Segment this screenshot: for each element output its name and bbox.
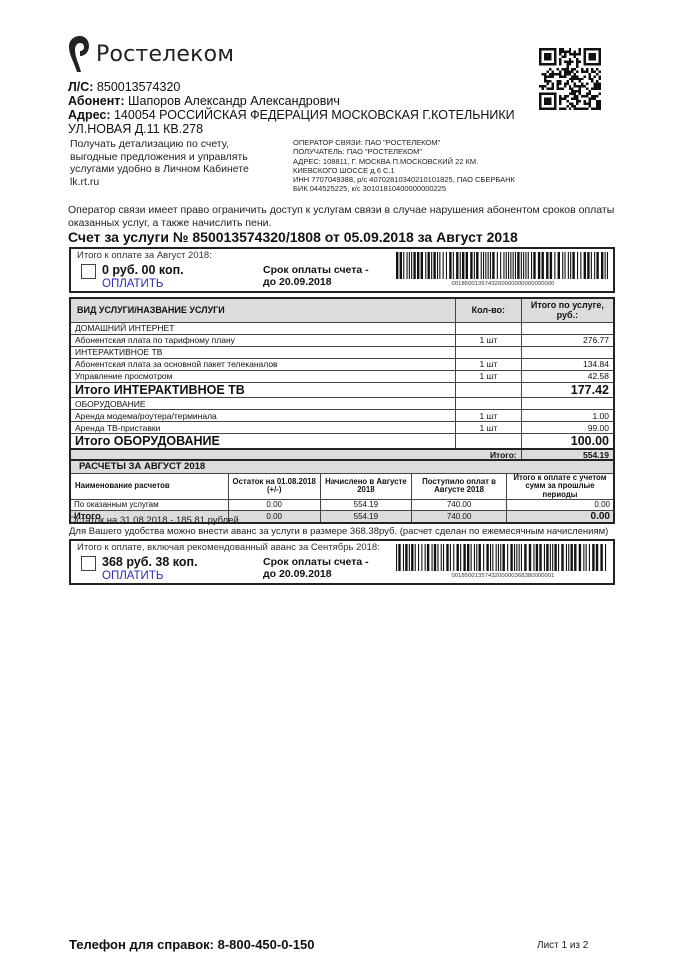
col-calc-name: Наименование расчетов — [70, 473, 228, 500]
service-qty: 1 шт — [455, 334, 521, 346]
bank-account-line: ИНН 7707049388, р/с 40702810340210101825… — [293, 175, 515, 184]
qr-code[interactable] — [539, 44, 601, 114]
payment-amount: 0 руб. 00 коп. — [102, 263, 184, 277]
address-value: 140054 РОССИЙСКАЯ ФЕДЕРАЦИЯ МОСКОВСКАЯ Г… — [114, 108, 515, 122]
restriction-warning: Оператор связи имеет право ограничить до… — [68, 204, 628, 230]
service-name: Итого ОБОРУДОВАНИЕ — [70, 434, 455, 450]
col-paid: Поступило оплат в Августе 2018 — [412, 473, 507, 500]
service-qty — [455, 434, 521, 450]
service-name: ОБОРУДОВАНИЕ — [70, 397, 455, 409]
table-row: Абонентская плата за основной пакет теле… — [70, 358, 614, 370]
payment-checkbox[interactable] — [81, 264, 96, 279]
brand-name: Ростелеком — [96, 42, 234, 67]
service-sum — [521, 397, 614, 409]
table-row: Управление просмотром1 шт42.58 — [70, 370, 614, 382]
service-name: Итого ИНТЕРАКТИВНОЕ ТВ — [70, 382, 455, 397]
table-row: Абонентская плата по тарифному плану1 шт… — [70, 334, 614, 346]
service-qty: 1 шт — [455, 422, 521, 434]
service-qty: 1 шт — [455, 370, 521, 382]
payment-box-august: Итого к оплате за Август 2018: 0 руб. 00… — [69, 247, 615, 293]
services-header-row: ВИД УСЛУГИ/НАЗВАНИЕ УСЛУГИ Кол-во: Итого… — [70, 298, 614, 322]
calc-row-name: По оказанным услугам — [70, 500, 228, 511]
advance-note: Для Вашего удобства можно внести аванс з… — [69, 527, 608, 538]
service-name: ДОМАШНИЙ ИНТЕРНЕТ — [70, 322, 455, 334]
service-name: Управление просмотром — [70, 370, 455, 382]
due-label: Срок оплаты счета - — [263, 556, 369, 568]
service-qty — [455, 397, 521, 409]
calc-row-charged: 554.19 — [320, 500, 412, 511]
payment-label: Итого к оплате, включая рекомендованный … — [77, 542, 380, 553]
subscriber-name: Шапоров Александр Александрович — [128, 94, 340, 108]
calc-row-balance: 0.00 — [228, 500, 320, 511]
service-sum: 42.58 — [521, 370, 614, 382]
recipient-line: ПОЛУЧАТЕЛЬ: ПАО "РОСТЕЛЕКОМ" — [293, 147, 515, 156]
promo-line: услугами удобно в Личном Кабинете — [70, 163, 290, 176]
payment-label: Итого к оплате за Август 2018: — [77, 250, 212, 261]
payment-checkbox[interactable] — [81, 556, 96, 571]
calculations-header-row: Наименование расчетов Остаток на 01.08.2… — [70, 473, 614, 500]
address-label: Адрес: — [68, 108, 111, 122]
service-sum: 99.00 — [521, 422, 614, 434]
service-name: Абонентская плата по тарифному плану — [70, 334, 455, 346]
operator-details: ОПЕРАТОР СВЯЗИ: ПАО "РОСТЕЛЕКОМ" ПОЛУЧАТ… — [293, 138, 515, 194]
services-table: ВИД УСЛУГИ/НАЗВАНИЕ УСЛУГИ Кол-во: Итого… — [69, 297, 615, 462]
address-line: Адрес: 140054 РОССИЙСКАЯ ФЕДЕРАЦИЯ МОСКО… — [68, 108, 515, 122]
calculations-title-row: РАСЧЕТЫ ЗА АВГУСТ 2018 — [70, 460, 614, 473]
service-name: Аренда модема/роутера/терминала — [70, 410, 455, 422]
payment-amount: 368 руб. 38 коп. — [102, 555, 198, 569]
calc-row-due: 0.00 — [506, 500, 614, 511]
lk-link[interactable]: lk.rt.ru — [70, 176, 290, 189]
category-row: ОБОРУДОВАНИЕ — [70, 397, 614, 409]
payment-box-with-advance: Итого к оплате, включая рекомендованный … — [69, 539, 615, 585]
balance-note: Остаток на 31.08.2018 - 185.81 рублей — [69, 516, 608, 527]
col-sum: Итого по услуге, руб.: — [521, 298, 614, 322]
col-service-name: ВИД УСЛУГИ/НАЗВАНИЕ УСЛУГИ — [70, 298, 455, 322]
service-sum: 134.84 — [521, 358, 614, 370]
table-row: По оказанным услугам 0.00 554.19 740.00 … — [70, 500, 614, 511]
service-sum: 100.00 — [521, 434, 614, 450]
rostelecom-logo-icon — [68, 35, 90, 73]
category-row: ИНТЕРАКТИВНОЕ ТВ — [70, 346, 614, 358]
due-date: до 20.09.2018 — [263, 276, 369, 288]
promo-line: выгодные предложения и управлять — [70, 151, 290, 164]
barcode — [396, 252, 610, 279]
account-line: Л/С: 850013574320 — [68, 80, 515, 94]
service-qty: 1 шт — [455, 358, 521, 370]
col-due: Итого к оплате с учетом сумм за прошлые … — [506, 473, 614, 500]
barcode — [396, 544, 610, 571]
account-label: Л/С: — [68, 80, 93, 94]
col-qty: Кол-во: — [455, 298, 521, 322]
col-charged: Начислено в Августе 2018 — [320, 473, 412, 500]
balance-remarks: Остаток на 31.08.2018 - 185.81 рублей Дл… — [69, 516, 608, 537]
operator-address-line: АДРЕС: 108811, Г. МОСКВА П.МОСКОВСКИЙ 22… — [293, 157, 515, 166]
service-qty — [455, 322, 521, 334]
address-line-2: УЛ.НОВАЯ Д.11 КВ.278 — [68, 122, 515, 136]
service-sum: 276.77 — [521, 334, 614, 346]
table-row: Аренда ТВ-приставки1 шт99.00 — [70, 422, 614, 434]
promo-line: Получать детализацию по счету, — [70, 138, 290, 151]
due-label: Срок оплаты счета - — [263, 264, 369, 276]
table-row: Аренда модема/роутера/терминала1 шт1.00 — [70, 410, 614, 422]
rostelecom-logo: Ростелеком — [68, 34, 234, 74]
calc-row-paid: 740.00 — [412, 500, 507, 511]
subscriber-line: Абонент: Шапоров Александр Александрович — [68, 94, 515, 108]
calculations-table: РАСЧЕТЫ ЗА АВГУСТ 2018 Наименование расч… — [69, 459, 615, 524]
payment-due-date: Срок оплаты счета - до 20.09.2018 — [263, 264, 369, 288]
service-qty — [455, 346, 521, 358]
col-balance: Остаток на 01.08.2018 (+/-) — [228, 473, 320, 500]
service-sum: 177.42 — [521, 382, 614, 397]
operator-line: ОПЕРАТОР СВЯЗИ: ПАО "РОСТЕЛЕКОМ" — [293, 138, 515, 147]
personal-cabinet-promo: Получать детализацию по счету, выгодные … — [70, 138, 290, 188]
pay-button[interactable]: ОПЛАТИТЬ — [102, 570, 163, 582]
subscriber-info: Л/С: 850013574320 Абонент: Шапоров Алекс… — [68, 80, 515, 136]
calculations-title: РАСЧЕТЫ ЗА АВГУСТ 2018 — [70, 460, 614, 473]
due-date: до 20.09.2018 — [263, 568, 369, 580]
subscriber-label: Абонент: — [68, 94, 125, 108]
barcode-number: 0018500135743200000000000000000 — [396, 281, 610, 287]
service-qty — [455, 382, 521, 397]
invoice-title: Счет за услуги № 850013574320/1808 от 05… — [68, 229, 518, 245]
subtotal-row: Итого ОБОРУДОВАНИЕ100.00 — [70, 434, 614, 450]
support-phone: Телефон для справок: 8-800-450-0-150 — [69, 937, 314, 952]
service-sum: 1.00 — [521, 410, 614, 422]
page-number: Лист 1 из 2 — [537, 940, 588, 951]
service-name: Абонентская плата за основной пакет теле… — [70, 358, 455, 370]
service-name: ИНТЕРАКТИВНОЕ ТВ — [70, 346, 455, 358]
account-number: 850013574320 — [97, 80, 180, 94]
service-qty: 1 шт — [455, 410, 521, 422]
bik-line: БИК 044525225, к/с 30101810400000000225 — [293, 184, 515, 193]
service-sum — [521, 346, 614, 358]
service-name: Аренда ТВ-приставки — [70, 422, 455, 434]
service-sum — [521, 322, 614, 334]
payment-due-date: Срок оплаты счета - до 20.09.2018 — [263, 556, 369, 580]
pay-button[interactable]: ОПЛАТИТЬ — [102, 278, 163, 290]
subtotal-row: Итого ИНТЕРАКТИВНОЕ ТВ177.42 — [70, 382, 614, 397]
operator-address-line-2: КИЕВСКОГО ШОССЕ д.6 С.1 — [293, 166, 515, 175]
category-row: ДОМАШНИЙ ИНТЕРНЕТ — [70, 322, 614, 334]
barcode-number: 0018500135743200000368380000001 — [396, 573, 610, 579]
